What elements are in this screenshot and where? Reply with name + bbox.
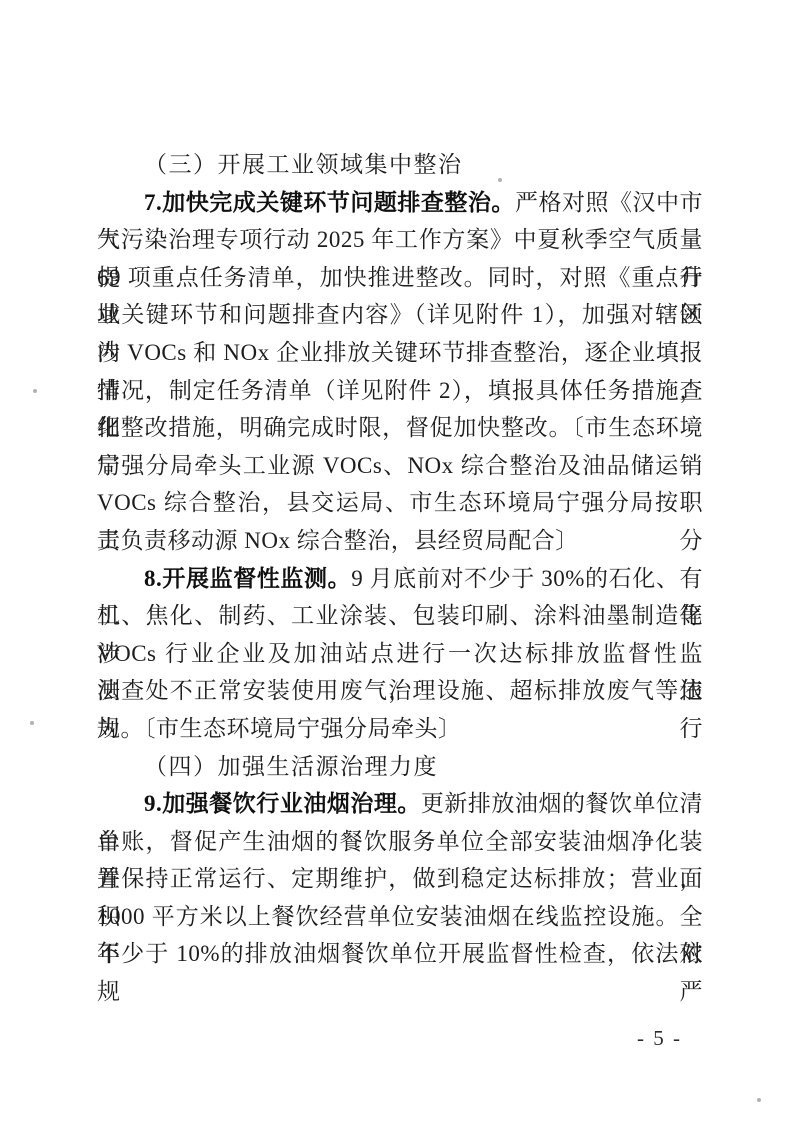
scan-speck bbox=[351, 886, 355, 890]
text-line: 并保持正常运行、定期维护，做到稳定达标排放；营业面积 bbox=[97, 860, 703, 898]
text-line: 9.加强餐饮行业油烟治理。更新排放油烟的餐饮单位清单 bbox=[97, 785, 703, 823]
text-line: 1000 平方米以上餐饮经营单位安装油烟在线监控设施。全年对 bbox=[97, 898, 703, 936]
scan-speck bbox=[498, 178, 502, 182]
paragraph-lead-bold: 8.开展监督性监测。 bbox=[144, 566, 351, 591]
text-line: 8.开展监督性监测。9 月底前对不少于 30%的石化、有机化 bbox=[97, 560, 703, 598]
text-line: 7.加快完成关键环节问题排查整治。严格对照《汉中市大 bbox=[97, 184, 703, 222]
scan-speck bbox=[33, 389, 37, 393]
text-line: VOCs 行业企业及加油站点进行一次达标排放监督性监测，依 bbox=[97, 635, 703, 673]
text-line: 气污染治理专项行动 2025 年工作方案》中夏秋季空气质量提升 bbox=[97, 221, 703, 259]
page-number: - 5 - bbox=[637, 1026, 682, 1051]
section-heading: （三）开展工业领域集中整治 bbox=[97, 146, 703, 184]
text-line: 涉 VOCs 和 NOx 企业排放关键环节排查整治，逐企业填报排查 bbox=[97, 334, 703, 372]
text-line: 宁强分局牵头工业源 VOCs、NOx 综合整治及油品储运销 bbox=[97, 447, 703, 485]
scan-speck bbox=[757, 1098, 761, 1102]
text-line: 69 项重点任务清单，加快推进整改。同时，对照《重点行业领 bbox=[97, 259, 703, 297]
text-line: 台账，督促产生油烟的餐饮服务单位全部安装油烟净化装置， bbox=[97, 823, 703, 861]
text-line: 化整改措施，明确完成时限，督促加快整改。〔市生态环境局 bbox=[97, 409, 703, 447]
section-heading: （四）加强生活源治理力度 bbox=[97, 748, 703, 786]
paragraph-text: 宁强分局牵头工业源 VOCs、NOx 综合整治及油品储运销 bbox=[97, 453, 703, 478]
text-line: VOCs 综合整治，县交运局、市生态环境局宁强分局按职责分 bbox=[97, 484, 703, 522]
paragraph-text: 工负责移动源 NOx 综合整治，县经贸局配合〕 bbox=[97, 528, 579, 553]
text-line: 工、焦化、制药、工业涂装、包装印刷、涂料油墨制造等涉 bbox=[97, 597, 703, 635]
paragraph-lead-bold: 7.加快完成关键环节问题排查整治。 bbox=[144, 190, 515, 215]
paragraph-text: 不少于 10%的排放油烟餐饮单位开展监督性检查，依法依规严 bbox=[97, 941, 703, 1004]
scan-speck bbox=[30, 721, 34, 725]
paragraph-text: 为。〔市生态环境局宁强分局牵头〕 bbox=[97, 716, 462, 741]
document-body: （三）开展工业领域集中整治7.加快完成关键环节问题排查整治。严格对照《汉中市大气… bbox=[97, 146, 703, 973]
text-line: 域关键环节和问题排查内容》（详见附件 1），加强对辖区内 bbox=[97, 296, 703, 334]
text-line: 情况，制定任务清单（详见附件 2），填报具体任务措施，细 bbox=[97, 372, 703, 410]
text-line: 不少于 10%的排放油烟餐饮单位开展监督性检查，依法依规严 bbox=[97, 935, 703, 973]
paragraph-lead-bold: 9.加强餐饮行业油烟治理。 bbox=[144, 791, 421, 816]
text-line: 法查处不正常安装使用废气治理设施、超标排放废气等违规行 bbox=[97, 672, 703, 710]
document-page: （三）开展工业领域集中整治7.加快完成关键环节问题排查整治。严格对照《汉中市大气… bbox=[0, 0, 794, 1122]
